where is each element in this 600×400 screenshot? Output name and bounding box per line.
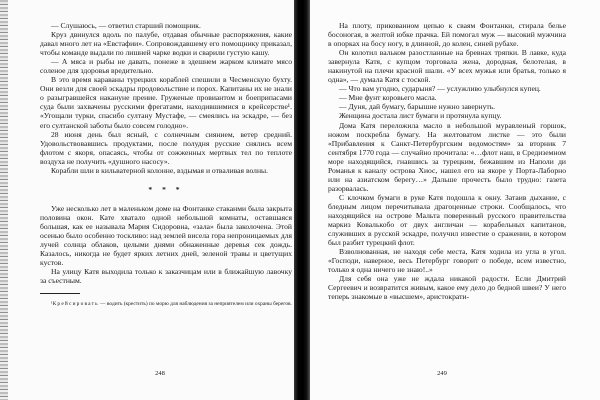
paragraph: — Слушаюсь, — ответил старший помощник. <box>40 21 292 30</box>
paragraph: На улицу Катя выходила только к заказчиц… <box>40 267 292 285</box>
paragraph: Женщина достала лист бумаги и протянула … <box>328 111 566 120</box>
paragraph: Он колотил вальком разостланные на бревн… <box>328 48 566 84</box>
footnote-term: Крейсировать <box>53 301 99 307</box>
page-edge-left <box>0 0 8 400</box>
paragraph: — Мне фунт коровьего масла. <box>328 93 566 102</box>
page-number: 249 <box>422 370 462 377</box>
left-page-text: — Слушаюсь, — ответил старший помощник. … <box>40 21 292 308</box>
paragraph: В это время караваны турецких кораблей с… <box>40 75 292 129</box>
paragraph: — Дуня, дай бумагу, барышне нужно заверн… <box>328 102 566 111</box>
footnote: ¹Крейсировать — водить (крестить) по мор… <box>40 301 292 308</box>
book-spread: — Слушаюсь, — ответил старший помощник. … <box>0 0 600 400</box>
left-page: — Слушаюсь, — ответил старший помощник. … <box>8 0 294 400</box>
page-number: 248 <box>140 370 180 377</box>
right-page: На плоту, прикованном цепью к сваям Фонт… <box>310 0 600 400</box>
paragraph: Дома Катя переложила масло в небольшой м… <box>328 121 566 193</box>
paragraph: Корабли шли в кильватерной колонне, взды… <box>40 166 292 175</box>
paragraph: Круз двинулся вдоль по палубе, отдавая о… <box>40 30 292 57</box>
paragraph: На плоту, прикованном цепью к сваям Фонт… <box>328 21 566 48</box>
paragraph: — Что вам угодно, сударыня? — услужливо … <box>328 84 566 93</box>
paragraph: Взволнованная, не находя себе места, Кат… <box>328 247 566 274</box>
footnote-text: — водить (крестить) по морю для наблюден… <box>100 301 292 307</box>
book-gutter <box>294 0 310 400</box>
paragraph: — А мяса и рыбы не давать, понеже в здеш… <box>40 57 292 75</box>
section-separator: * * * <box>40 185 292 194</box>
paragraph: Для себя она уже не ждала никакой радост… <box>328 274 566 301</box>
footnote-rule <box>40 293 80 294</box>
right-page-text: На плоту, прикованном цепью к сваям Фонт… <box>328 21 566 301</box>
paragraph: 28 июня день был ясный, с солнечным сиян… <box>40 130 292 166</box>
paragraph: С клочком бумаги в руке Катя подошла к о… <box>328 193 566 247</box>
paragraph: Уже несколько лет в маленьком доме на Фо… <box>40 204 292 267</box>
